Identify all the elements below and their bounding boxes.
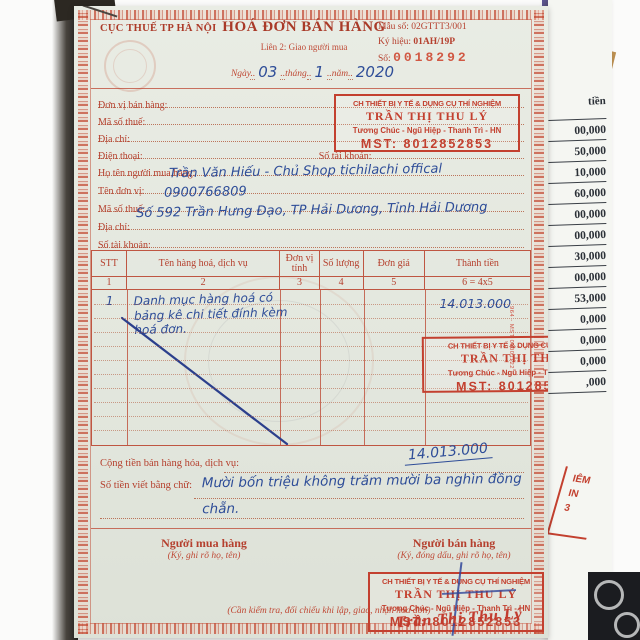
background-fabric-object: [588, 572, 640, 640]
empty-row-dotted-line: [94, 402, 528, 403]
photo-background: { "invoice": { "issuer": "CỤC THUẾ TP HÀ…: [0, 0, 640, 640]
side-sheet-value: 53,000: [548, 287, 606, 310]
side-sheet-value: 60,000: [548, 182, 606, 205]
border-pattern-right: [534, 10, 544, 634]
stamp-address-line: Tương Chúc - Ngũ Hiệp - Thanh Trì - HN: [424, 365, 548, 378]
stamp-shop-line: CH THIẾT BỊ Y TẾ & DỤNG CỤ THÍ NGHIỆM: [424, 337, 548, 351]
col-number: 3: [280, 277, 319, 289]
col-header-description: Tên hàng hoá, dịch vụ: [127, 251, 280, 276]
form-number-line: Mẫu số: 02GTTT3/001: [378, 20, 534, 35]
faint-round-stamp: [104, 40, 156, 92]
words-dotted-line: [100, 518, 524, 519]
buyer-account-row: Số tài khoản:: [98, 232, 524, 248]
date-label-month: tháng: [285, 69, 307, 79]
border-pattern-left: [78, 10, 88, 634]
empty-row-dotted-line: [94, 318, 528, 319]
stamp-fragment-line: 3: [562, 501, 596, 520]
mid-page-stamp-clipped: CH THIẾT BỊ Y TẾ & DỤNG CỤ THÍ NGHIỆM TR…: [422, 335, 548, 393]
stamp-owner-name: TRẦN THỊ THU LÝ: [424, 349, 548, 367]
seller-signature-title: Người bán hàng: [374, 536, 534, 551]
side-sheet: tiền 00,00050,00010,00060,00000,00000,00…: [548, 0, 612, 640]
side-sheet-value: 30,000: [548, 245, 606, 268]
side-sheet-value: 00,000: [548, 224, 606, 247]
serial-label: Ký hiệu:: [378, 37, 411, 47]
empty-row-dotted-line: [94, 416, 528, 417]
table-colnumber-row: 1 2 3 4 5 6 = 4x5: [92, 277, 530, 290]
side-sheet-value: 00,000: [548, 119, 606, 142]
col-number: 2: [127, 277, 280, 289]
col-number: 6 = 4x5: [425, 277, 530, 289]
column-separator: [127, 290, 128, 445]
fabric-pattern-ring: [614, 612, 640, 638]
invoice-number-label: Số:: [378, 54, 391, 64]
stamp-shop-line: CH THIẾT BỊ Y TẾ & DỤNG CỤ THÍ NGHIỆM: [370, 574, 542, 586]
side-sheet-value: 0,000: [548, 329, 606, 352]
stamp-owner-name: TRẦN THỊ THU LÝ: [336, 108, 518, 124]
seller-signature-block: Người bán hàng (Ký, đóng dấu, ghi rõ họ,…: [374, 536, 534, 561]
column-separator: [320, 290, 321, 445]
amount-in-words-handwritten: Mười bốn triệu không trăm mười ba nghìn …: [202, 466, 533, 523]
invoice-number-line: Số: 0018292: [378, 50, 534, 67]
seller-signature-subtitle: (Ký, đóng dấu, ghi rõ họ, tên): [374, 551, 534, 561]
buyer-tax-handwritten: 0900766809: [164, 184, 247, 200]
fabric-pattern-ring: [594, 580, 624, 610]
form-number-value: 02GTTT3/001: [411, 22, 466, 32]
item-description-handwritten: Danh mục hàng hoá có bảng kê chi tiết đí…: [133, 290, 292, 338]
invoice-meta: Mẫu số: 02GTTT3/001 Ký hiệu: 01AH/19P Số…: [378, 20, 534, 67]
side-sheet-value: 50,000: [548, 140, 606, 163]
stamp-mst-line: MST: 8012852853: [336, 135, 518, 151]
total-label: Cộng tiền bán hàng hóa, dịch vụ:: [100, 458, 239, 469]
column-separator: [364, 290, 365, 445]
words-dotted-line: [194, 498, 524, 499]
form-number-label: Mẫu số:: [378, 22, 409, 32]
empty-row-dotted-line: [94, 304, 528, 305]
tax-office-name: CỤC THUẾ TP HÀ NỘI: [100, 23, 216, 34]
invoice-title: HOÁ ĐƠN BÁN HÀNG: [214, 19, 394, 36]
side-sheet-stamp-fragment: IÊM IN 3: [548, 466, 606, 540]
date-day-handwritten: 03: [258, 63, 277, 81]
side-sheet-column-header: tiền: [548, 95, 606, 121]
col-number: 1: [92, 277, 127, 289]
stamp-address-line: Tương Chúc - Ngũ Hiệp - Thanh Trì - HN: [336, 124, 518, 135]
item-stt-handwritten: 1: [92, 294, 127, 308]
stamp-mst-line: MST: 8012852853: [424, 376, 548, 394]
serial-value: 01AH/19P: [413, 37, 455, 47]
buyer-unit-row: Tên đơn vị:: [98, 178, 524, 194]
date-label-day: Ngày: [231, 69, 251, 79]
section-divider: [91, 88, 531, 89]
col-header-quantity: Số lượng: [320, 251, 364, 276]
copy-line: Liên 2: Giao người mua: [214, 42, 394, 52]
printer-info-vertical: 964 - MST 01001122: [508, 306, 514, 369]
section-divider: [91, 528, 531, 529]
col-header-unit: Đơn vị tính: [280, 251, 319, 276]
invoice-paper: CỤC THUẾ TP HÀ NỘI HOÁ ĐƠN BÁN HÀNG Liên…: [74, 6, 548, 638]
col-number: 4: [320, 277, 364, 289]
col-number: 5: [364, 277, 425, 289]
side-sheet-amount-column: tiền 00,00050,00010,00060,00000,00000,00…: [548, 96, 606, 393]
amount-in-words-label: Số tiền viết bằng chữ:: [100, 480, 192, 491]
buyer-signature-block: Người mua hàng (Ký, ghi rõ họ, tên): [124, 536, 284, 561]
buyer-signature-subtitle: (Ký, ghi rõ họ, tên): [124, 551, 284, 561]
date-month-handwritten: 1: [314, 63, 324, 81]
seller-stamp: CH THIẾT BỊ Y TẾ & DỤNG CỤ THÍ NGHIỆM TR…: [334, 94, 520, 152]
side-sheet-value: 0,000: [548, 350, 606, 373]
empty-row-dotted-line: [94, 430, 528, 431]
side-sheet-values: 00,00050,00010,00060,00000,00000,00030,0…: [548, 120, 606, 393]
stamp-shop-line: CH THIẾT BỊ Y TẾ & DỤNG CỤ THÍ NGHIỆM: [336, 96, 518, 108]
buyer-signature-title: Người mua hàng: [124, 536, 284, 551]
col-header-stt: STT: [92, 251, 127, 276]
serial-line: Ký hiệu: 01AH/19P: [378, 35, 534, 50]
table-header-row: STT Tên hàng hoá, dịch vụ Đơn vị tính Số…: [92, 251, 530, 277]
col-header-amount: Thành tiền: [425, 251, 530, 276]
invoice-number-value: 0018292: [393, 50, 469, 65]
empty-row-dotted-line: [94, 332, 528, 333]
side-sheet-value: 00,000: [548, 203, 606, 226]
col-header-unitprice: Đơn giá: [364, 251, 425, 276]
side-sheet-value: 10,000: [548, 161, 606, 184]
side-sheet-value: 00,000: [548, 266, 606, 289]
date-label-year: năm: [332, 69, 348, 79]
side-sheet-value: 0,000: [548, 308, 606, 331]
side-sheet-value: ,000: [548, 371, 606, 394]
